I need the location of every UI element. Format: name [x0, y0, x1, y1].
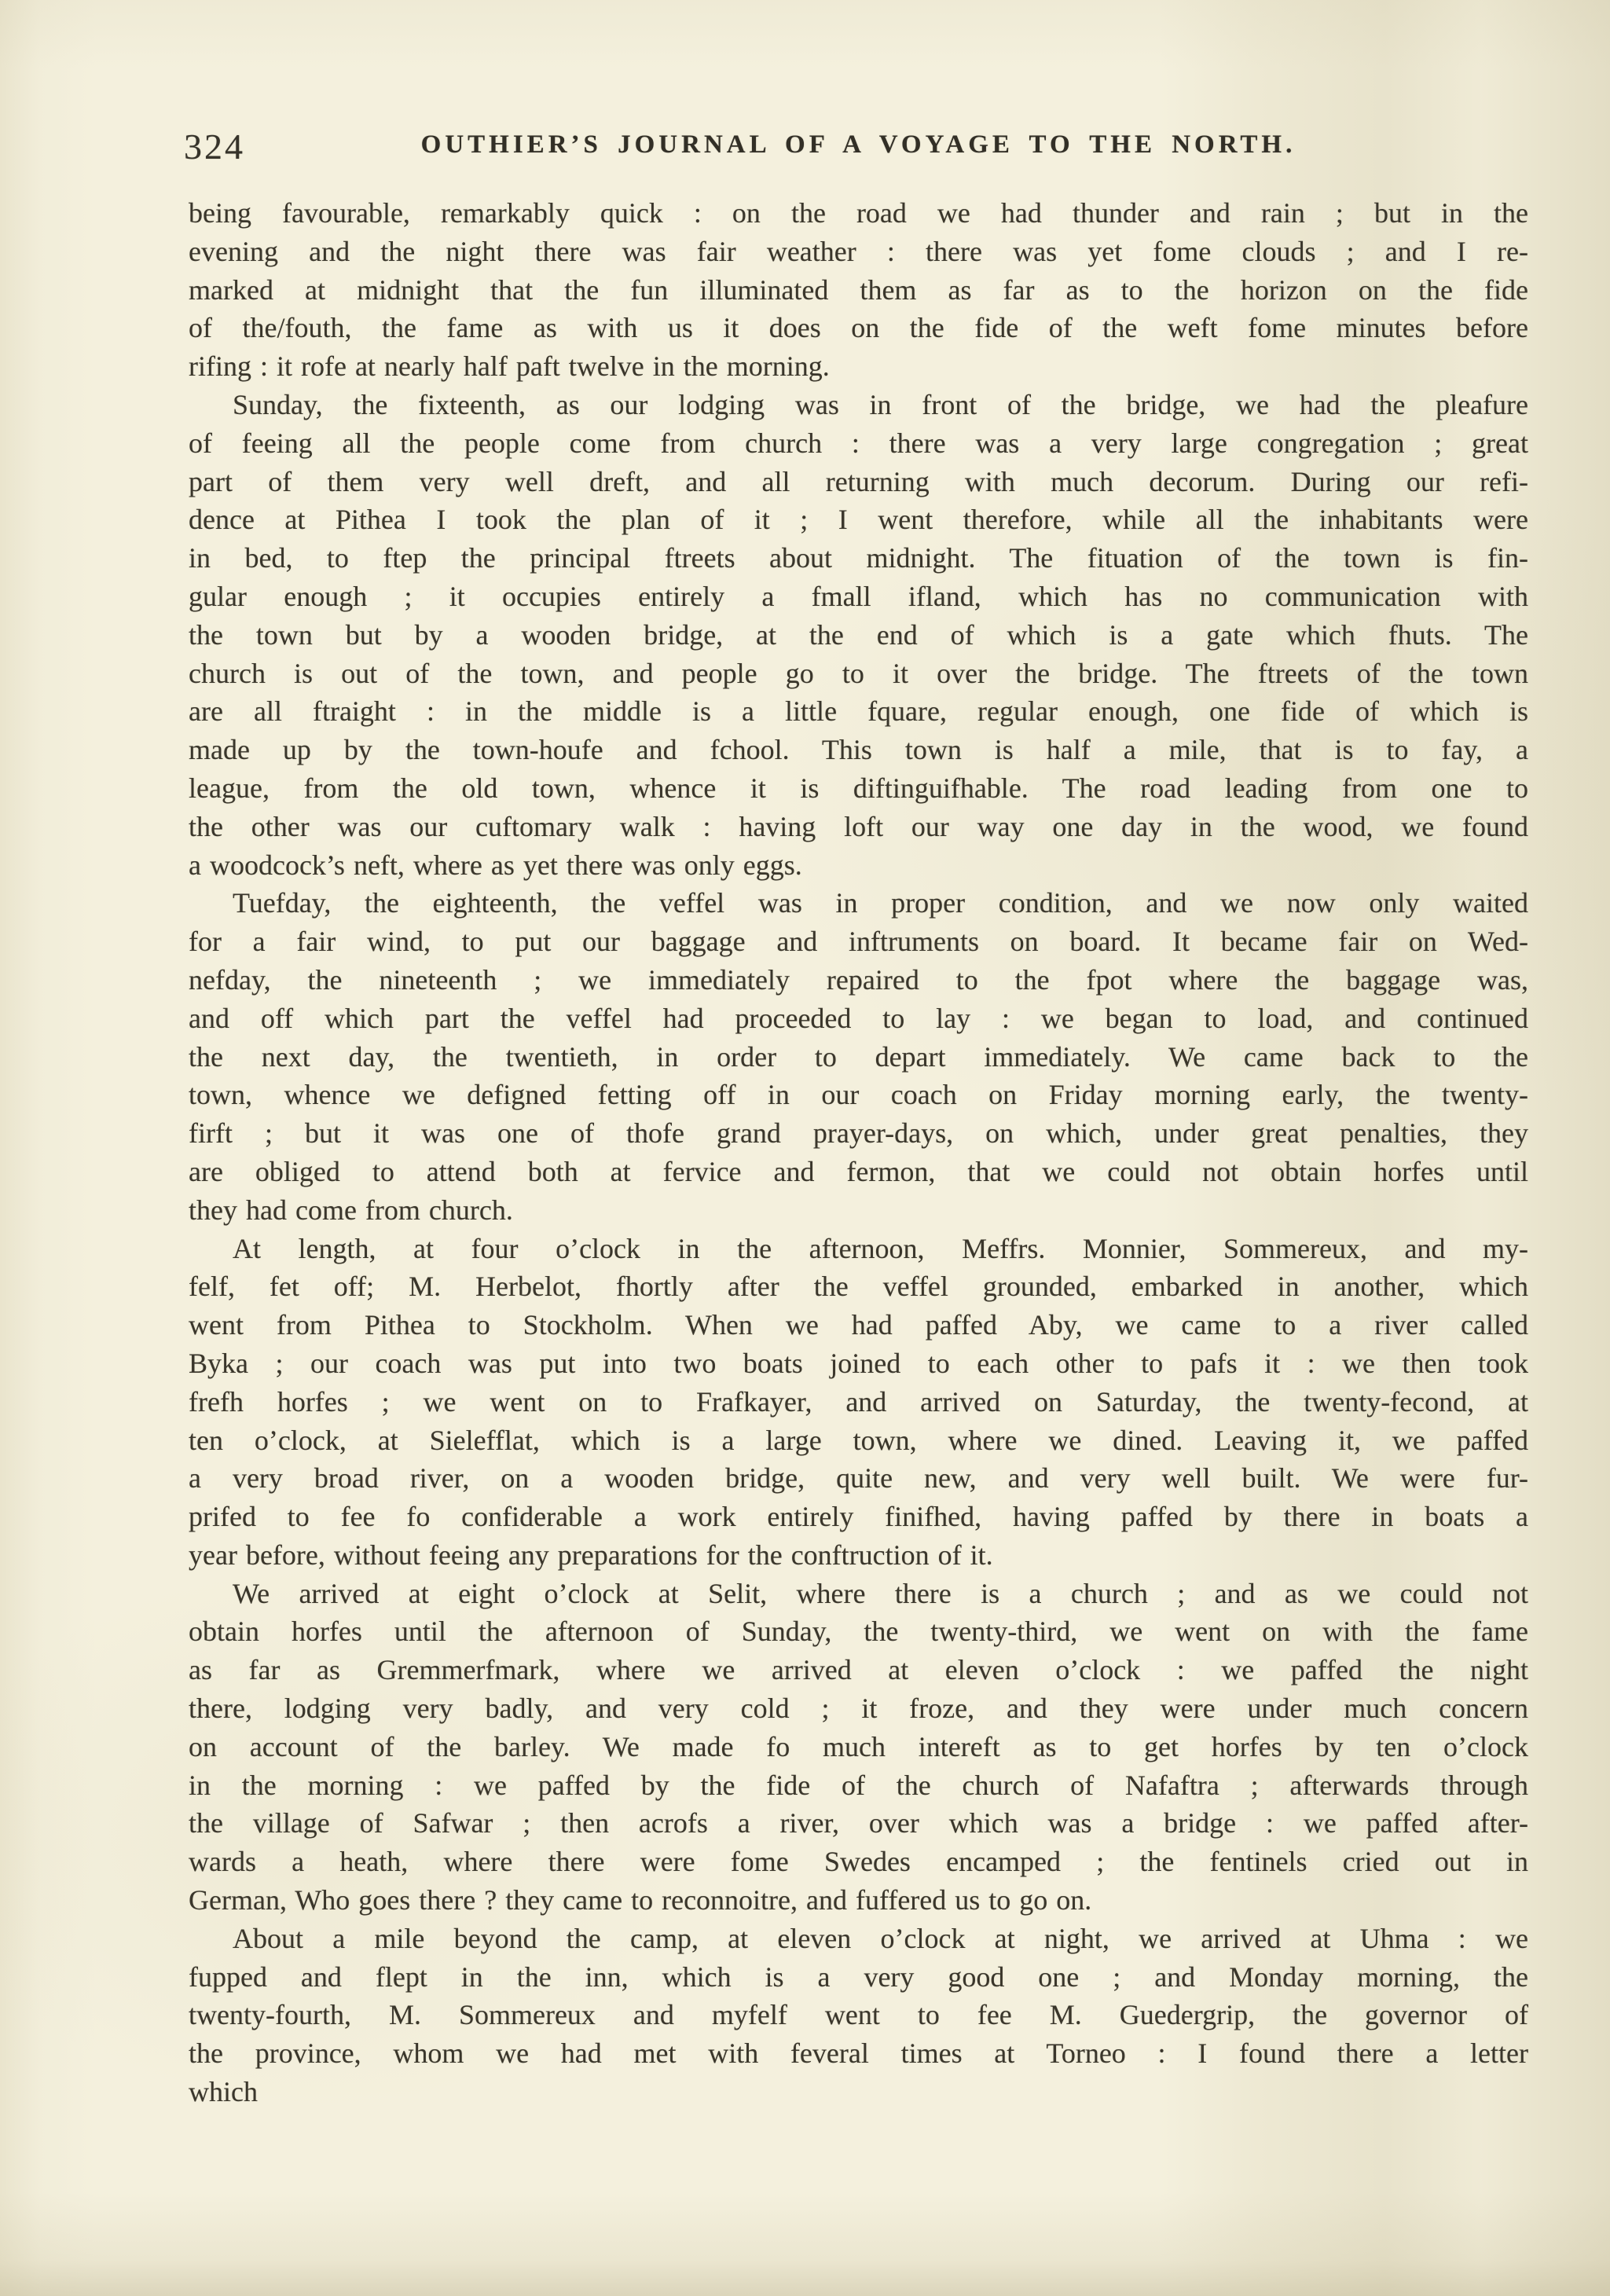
text-line: firft ; but it was one of thofe grand pr… [189, 1114, 1528, 1153]
text-line: the province, whom we had met with fever… [189, 2034, 1528, 2073]
body-text: being favourable, remarkably quick : on … [189, 194, 1528, 2111]
text-line: the town but by a wooden bridge, at the … [189, 616, 1528, 655]
text-line: of feeing all the people come from churc… [189, 424, 1528, 463]
page-header: 324 OUTHIER’S JOURNAL OF A VOYAGE TO THE… [189, 124, 1528, 171]
paragraph: At length, at four o’clock in the aftern… [189, 1230, 1528, 1575]
text-line: and off which part the veffel had procee… [189, 999, 1528, 1038]
text-line: Byka ; our coach was put into two boats … [189, 1344, 1528, 1383]
text-line: there, lodging very badly, and very cold… [189, 1689, 1528, 1728]
text-line: gular enough ; it occupies entirely a fm… [189, 578, 1528, 616]
paragraph: About a mile beyond the camp, at eleven … [189, 1920, 1528, 2073]
text-line: being favourable, remarkably quick : on … [189, 194, 1528, 233]
text-line: fupped and flept in the inn, which is a … [189, 1958, 1528, 1997]
text-line: prifed to fee fo confiderable a work ent… [189, 1498, 1528, 1536]
text-line: church is out of the town, and people go… [189, 655, 1528, 693]
text-line: year before, without feeing any preparat… [189, 1536, 1528, 1575]
text-line: At length, at four o’clock in the aftern… [189, 1230, 1528, 1268]
text-line: nefday, the nineteenth ; we immediately … [189, 961, 1528, 999]
running-title: OUTHIER’S JOURNAL OF A VOYAGE TO THE NOR… [189, 130, 1528, 160]
text-line: a woodcock’s neft, where as yet there wa… [189, 846, 1528, 885]
text-line: a very broad river, on a wooden bridge, … [189, 1459, 1528, 1498]
text-line: are all ftraight : in the middle is a li… [189, 692, 1528, 731]
text-line: rifing : it rofe at nearly half paft twe… [189, 347, 1528, 386]
text-line: Sunday, the fixteenth, as our lodging wa… [189, 386, 1528, 424]
text-line: for a fair wind, to put our baggage and … [189, 922, 1528, 961]
text-line: they had come from church. [189, 1191, 1528, 1230]
text-line: Tuefday, the eighteenth, the veffel was … [189, 884, 1528, 922]
text-line: made up by the town-houfe and fchool. Th… [189, 731, 1528, 769]
catchword: which [189, 2073, 1528, 2111]
paragraph: being favourable, remarkably quick : on … [189, 194, 1528, 386]
text-line: of the/fouth, the fame as with us it doe… [189, 309, 1528, 347]
text-line: obtain horfes until the afternoon of Sun… [189, 1612, 1528, 1651]
text-line: the next day, the twentieth, in order to… [189, 1038, 1528, 1076]
text-line: frefh horfes ; we went on to Frafkayer, … [189, 1383, 1528, 1421]
text-line: in the morning : we paffed by the fide o… [189, 1766, 1528, 1805]
paragraph: Sunday, the fixteenth, as our lodging wa… [189, 386, 1528, 884]
text-line: league, from the old town, whence it is … [189, 769, 1528, 808]
text-line: German, Who goes there ? they came to re… [189, 1881, 1528, 1920]
text-line: went from Pithea to Stockholm. When we h… [189, 1306, 1528, 1344]
text-line: felf, fet off; M. Herbelot, fhortly afte… [189, 1267, 1528, 1306]
text-line: town, whence we defigned fetting off in … [189, 1076, 1528, 1114]
text-line: marked at midnight that the fun illumina… [189, 271, 1528, 310]
text-line: twenty-fourth, M. Sommereux and myfelf w… [189, 1996, 1528, 2034]
text-line: ten o’clock, at Sielefflat, which is a l… [189, 1421, 1528, 1460]
scanned-book-page: { "page": { "number": "324", "running_ti… [0, 0, 1610, 2296]
text-line: the other was our cuftomary walk : havin… [189, 808, 1528, 846]
text-line: are obliged to attend both at fervice an… [189, 1153, 1528, 1191]
text-line: evening and the night there was fair wea… [189, 233, 1528, 271]
text-line: the village of Safwar ; then acrofs a ri… [189, 1804, 1528, 1843]
text-line: in bed, to ftep the principal ftreets ab… [189, 539, 1528, 578]
text-line: About a mile beyond the camp, at eleven … [189, 1920, 1528, 1958]
paragraph: We arrived at eight o’clock at Selit, wh… [189, 1575, 1528, 1920]
paragraph: Tuefday, the eighteenth, the veffel was … [189, 884, 1528, 1229]
text-line: dence at Pithea I took the plan of it ; … [189, 501, 1528, 539]
text-line: as far as Gremmerfmark, where we arrived… [189, 1651, 1528, 1689]
text-line: We arrived at eight o’clock at Selit, wh… [189, 1575, 1528, 1613]
text-line: wards a heath, where there were fome Swe… [189, 1843, 1528, 1881]
text-line: on account of the barley. We made fo muc… [189, 1728, 1528, 1766]
text-line: part of them very well dreft, and all re… [189, 463, 1528, 501]
